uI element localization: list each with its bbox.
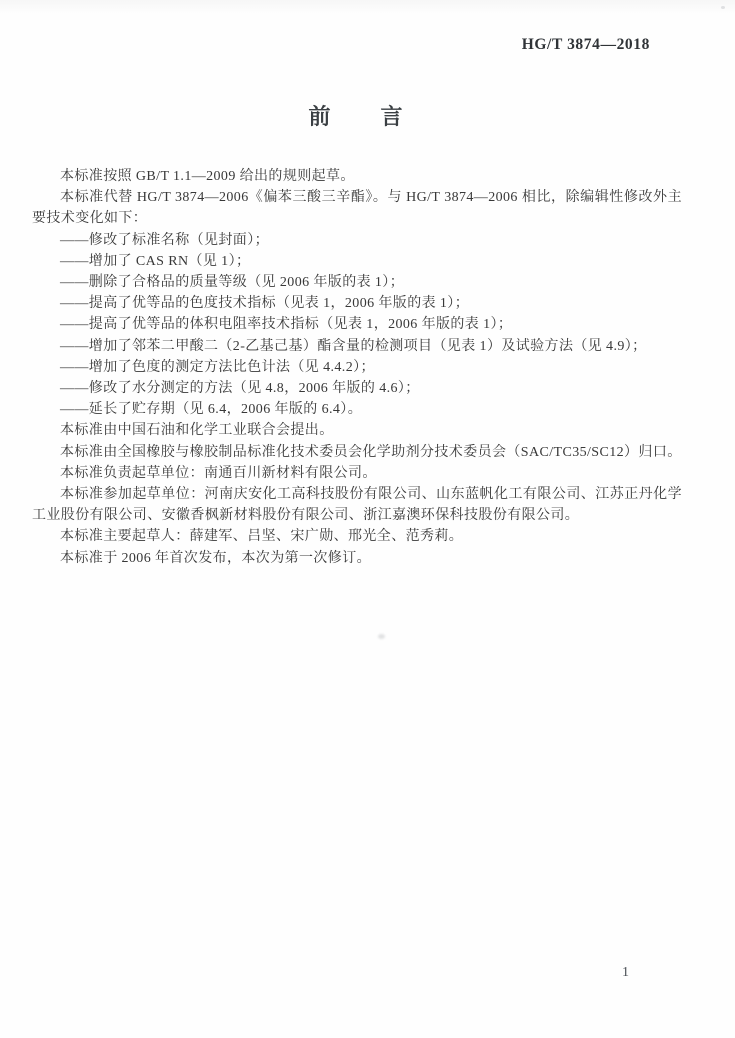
scan-artifact — [378, 634, 385, 639]
foreword-body: 本标准按照 GB/T 1.1—2009 给出的规则起草。本标准代替 HG/T 3… — [32, 166, 682, 569]
scan-shading — [0, 0, 735, 14]
paragraph: 本标准代替 HG/T 3874—2006《偏苯三酸三辛酯》。与 HG/T 387… — [32, 187, 682, 229]
paragraph: 本标准由中国石油和化学工业联合会提出。 — [32, 420, 682, 441]
paragraph: 本标准负责起草单位：南通百川新材料有限公司。 — [32, 463, 682, 484]
paragraph: ——增加了 CAS RN（见 1）； — [32, 251, 682, 272]
paragraph: 本标准由全国橡胶与橡胶制品标准化技术委员会化学助剂分技术委员会（SAC/TC35… — [32, 442, 682, 463]
paragraph: 本标准参加起草单位：河南庆安化工高科技股份有限公司、山东蓝帆化工有限公司、江苏正… — [32, 484, 682, 526]
paragraph: 本标准主要起草人：薛建军、吕坚、宋广勋、邢光全、范秀莉。 — [32, 526, 682, 547]
paragraph: ——删除了合格品的质量等级（见 2006 年版的表 1）； — [32, 272, 682, 293]
paragraph: ——增加了邻苯二甲酸二（2-乙基己基）酯含量的检测项目（见表 1）及试验方法（见… — [32, 336, 682, 357]
paragraph: ——增加了色度的测定方法比色计法（见 4.4.2）； — [32, 357, 682, 378]
paragraph: ——修改了标准名称（见封面）； — [32, 230, 682, 251]
paragraph: 本标准按照 GB/T 1.1—2009 给出的规则起草。 — [32, 166, 682, 187]
paragraph: ——修改了水分测定的方法（见 4.8，2006 年版的 4.6）； — [32, 378, 682, 399]
paragraph: ——提高了优等品的色度技术指标（见表 1，2006 年版的表 1）； — [32, 293, 682, 314]
paragraph: ——提高了优等品的体积电阻率技术指标（见表 1，2006 年版的表 1）； — [32, 314, 682, 335]
paragraph: 本标准于 2006 年首次发布，本次为第一次修订。 — [32, 548, 682, 569]
page-title: 前 言 — [32, 100, 681, 131]
page-number: 1 — [622, 965, 629, 981]
document-page: HG/T 3874—2018 前 言 本标准按照 GB/T 1.1—2009 给… — [0, 0, 735, 1038]
paragraph: ——延长了贮存期（见 6.4，2006 年版的 6.4）。 — [32, 399, 682, 420]
standard-number: HG/T 3874—2018 — [522, 36, 650, 54]
scan-artifact — [721, 6, 725, 9]
